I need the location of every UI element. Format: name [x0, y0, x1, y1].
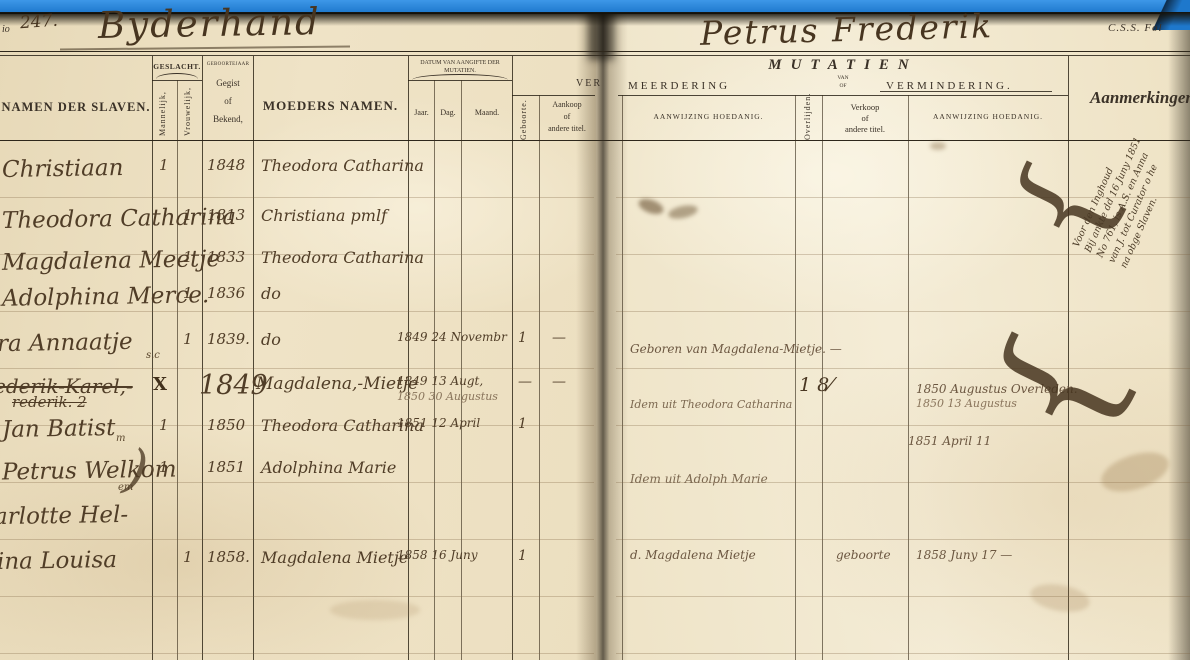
grid-line	[434, 80, 435, 660]
stain	[930, 142, 946, 150]
col-header-birthyear-small: GEBOORTEJAAR	[203, 62, 253, 67]
col-header-datum-l1: DATUM VAN AANGIFTE DER	[408, 60, 512, 66]
row-9-geboorte: 1	[518, 548, 527, 564]
brace-rule	[412, 74, 508, 80]
row-6-male: 1	[159, 416, 169, 434]
col-header-geboorte: Geboorte.	[519, 100, 528, 140]
row-3-female: 1	[183, 284, 193, 302]
book-gutter	[576, 0, 628, 660]
stain	[330, 600, 420, 620]
header-meerdering: MEERDERING	[628, 80, 730, 92]
rule	[408, 80, 512, 81]
row-3-year: 1836	[207, 284, 245, 302]
header-vermindering: VERMINDERING.	[886, 80, 1013, 92]
col-header-aankoop-titel: andere titel.	[539, 124, 595, 133]
grid-line	[622, 95, 623, 660]
row-9-vermindering: 1858 Juny 17 —	[916, 548, 1012, 562]
row-5-name_struck2: rederik. 2	[12, 393, 87, 411]
col-header-aankoop: Aankoop	[539, 100, 595, 109]
col-header-aanwijzing-2: AANWIJZING HOEDANIG.	[908, 112, 1068, 121]
col-header-gegist: Gegist	[203, 78, 253, 88]
col-header-geslacht: GESLACHT.	[152, 62, 202, 71]
rule	[0, 51, 1190, 52]
row-7-male: 1	[159, 458, 169, 476]
rule	[0, 140, 1190, 141]
grid-line	[253, 56, 254, 660]
row-7-year: 1851	[207, 458, 245, 476]
row-7-meerdering: Idem uit Adolph Marie	[630, 472, 768, 486]
row-9-meerdering: d. Magdalena Mietje	[630, 548, 756, 562]
col-header-aanwijzing-1: AANWIJZING HOEDANIG.	[622, 112, 795, 121]
row-9-datum: 1858 16 Juny	[397, 548, 477, 562]
folio-number: 247.	[19, 11, 58, 34]
col-header-names: NAMEN DER SLAVEN.	[0, 100, 152, 115]
col-header-gegist-of: of	[203, 96, 253, 106]
row-5-aankoop: —	[552, 374, 566, 390]
row-0-year: 1848	[207, 156, 245, 174]
row-6-vermindering: 1851 April 11	[908, 434, 991, 448]
scanned-register-page: io 247. Byderhand Petrus Frederik C.S.S.…	[0, 0, 1190, 660]
row-7-mother: Adolphina Marie	[261, 458, 396, 477]
header-mutatien: MUTATIEN	[618, 57, 1068, 74]
row-4-mother: do	[261, 330, 281, 349]
grid-line	[795, 95, 796, 660]
col-header-aanmerkingen: Aanmerkingen	[1090, 88, 1190, 108]
rule	[618, 95, 1068, 96]
col-header-maand: Maand.	[462, 108, 512, 117]
grid-line	[539, 95, 540, 660]
grid-line	[908, 95, 909, 660]
rule	[512, 95, 595, 96]
grid-line	[512, 56, 513, 660]
row-6-datum: 1851 12 April	[397, 416, 480, 430]
left-page-title: Byderhand	[98, 0, 321, 47]
grid-line	[177, 80, 178, 660]
rule	[0, 55, 1190, 56]
col-header-female: Vrouwelijk,	[183, 86, 192, 136]
row-6-year: 1850	[207, 416, 245, 434]
row-8-name: arlotte Hel-	[0, 502, 128, 530]
col-header-male: Mannelijk,	[158, 86, 167, 136]
row-4-name: ra Annaatje	[0, 329, 133, 357]
col-header-aankoop-of: of	[539, 112, 595, 121]
row-5-mother: Magdalena,-Mietje	[256, 374, 418, 394]
row-9-verkoop: geboorte	[836, 548, 891, 562]
row-9-female: 1	[183, 548, 193, 566]
row-9-year: 1858.	[207, 548, 250, 566]
col-header-verkoop-titel: andere titel.	[822, 124, 908, 134]
row-6-geboorte: 1	[518, 416, 527, 432]
col-header-verkoop-of: of	[822, 113, 908, 123]
row-4-note: s.c	[146, 350, 160, 361]
folio-label-fragment: io	[2, 24, 10, 35]
col-header-mothers: MOEDERS NAMEN.	[253, 98, 408, 114]
row-4-geboorte: 1	[518, 330, 527, 346]
remarks-annotation: { { Voor den InghoudBij ankte dd 16 Juny…	[1042, 148, 1190, 448]
col-header-bekend: Bekend,	[203, 114, 253, 124]
row-0-name: Christiaan	[2, 155, 124, 183]
row-5-geboorte: —	[518, 374, 532, 390]
row-3-name: Adolphina Merce.	[2, 282, 210, 312]
grid-line	[202, 56, 203, 660]
row-3-mother: do	[261, 284, 281, 303]
col-header-jaar: Jaar.	[409, 108, 434, 117]
row-2-mother: Theodora Catharina	[261, 248, 424, 267]
row-2-female: 1	[183, 248, 193, 266]
row-4-aankoop: —	[552, 330, 566, 346]
row-7-name: Petrus Welkom	[2, 456, 177, 485]
row-5-datum: 1849 13 Augt,	[397, 374, 483, 388]
row-6-name: Jan Batist	[2, 415, 116, 443]
row-4-meerdering: Geboren van Magdalena-Mietje. —	[630, 342, 842, 356]
brace-rule	[156, 73, 198, 79]
row-5-overlijden: 1 8⁄	[799, 374, 832, 396]
row-4-female: 1	[183, 330, 193, 348]
row-9-mother: Magdalena Mietje	[261, 548, 408, 567]
grid-line	[408, 56, 409, 660]
row-1-mother: Christiana pmlf	[261, 206, 387, 225]
row-5-sex_x: X	[153, 374, 167, 395]
row-1-female: 1	[183, 206, 193, 224]
grid-line	[461, 80, 462, 660]
header-vermeerdering-fragment: VER	[576, 78, 602, 89]
col-header-dag: Dag.	[435, 108, 461, 117]
right-page-title: Petrus Frederik	[700, 6, 994, 53]
corner-reference-label: C.S.S. Fol	[1108, 22, 1163, 34]
row-4-datum: 1849 24 Novembr	[397, 330, 507, 344]
row-6-note: m	[116, 433, 125, 444]
row-2-year: 1833	[207, 248, 245, 266]
row-5-meerdering: Idem uit Theodora Catharina	[630, 398, 792, 411]
row-9-name: ina Louisa	[0, 547, 117, 575]
row-4-year: 1839.	[207, 330, 250, 348]
col-header-verkoop: Verkoop	[822, 102, 908, 112]
col-header-overlijden: Overlijden.	[803, 100, 812, 140]
row-0-male: 1	[159, 156, 169, 174]
row-1-name: Theodora Catharina	[2, 204, 237, 234]
row-0-mother: Theodora Catharina	[261, 156, 424, 175]
row-5-datum2: 1850 30 Augustus	[397, 390, 498, 403]
row-1-year: 1813	[207, 206, 245, 224]
